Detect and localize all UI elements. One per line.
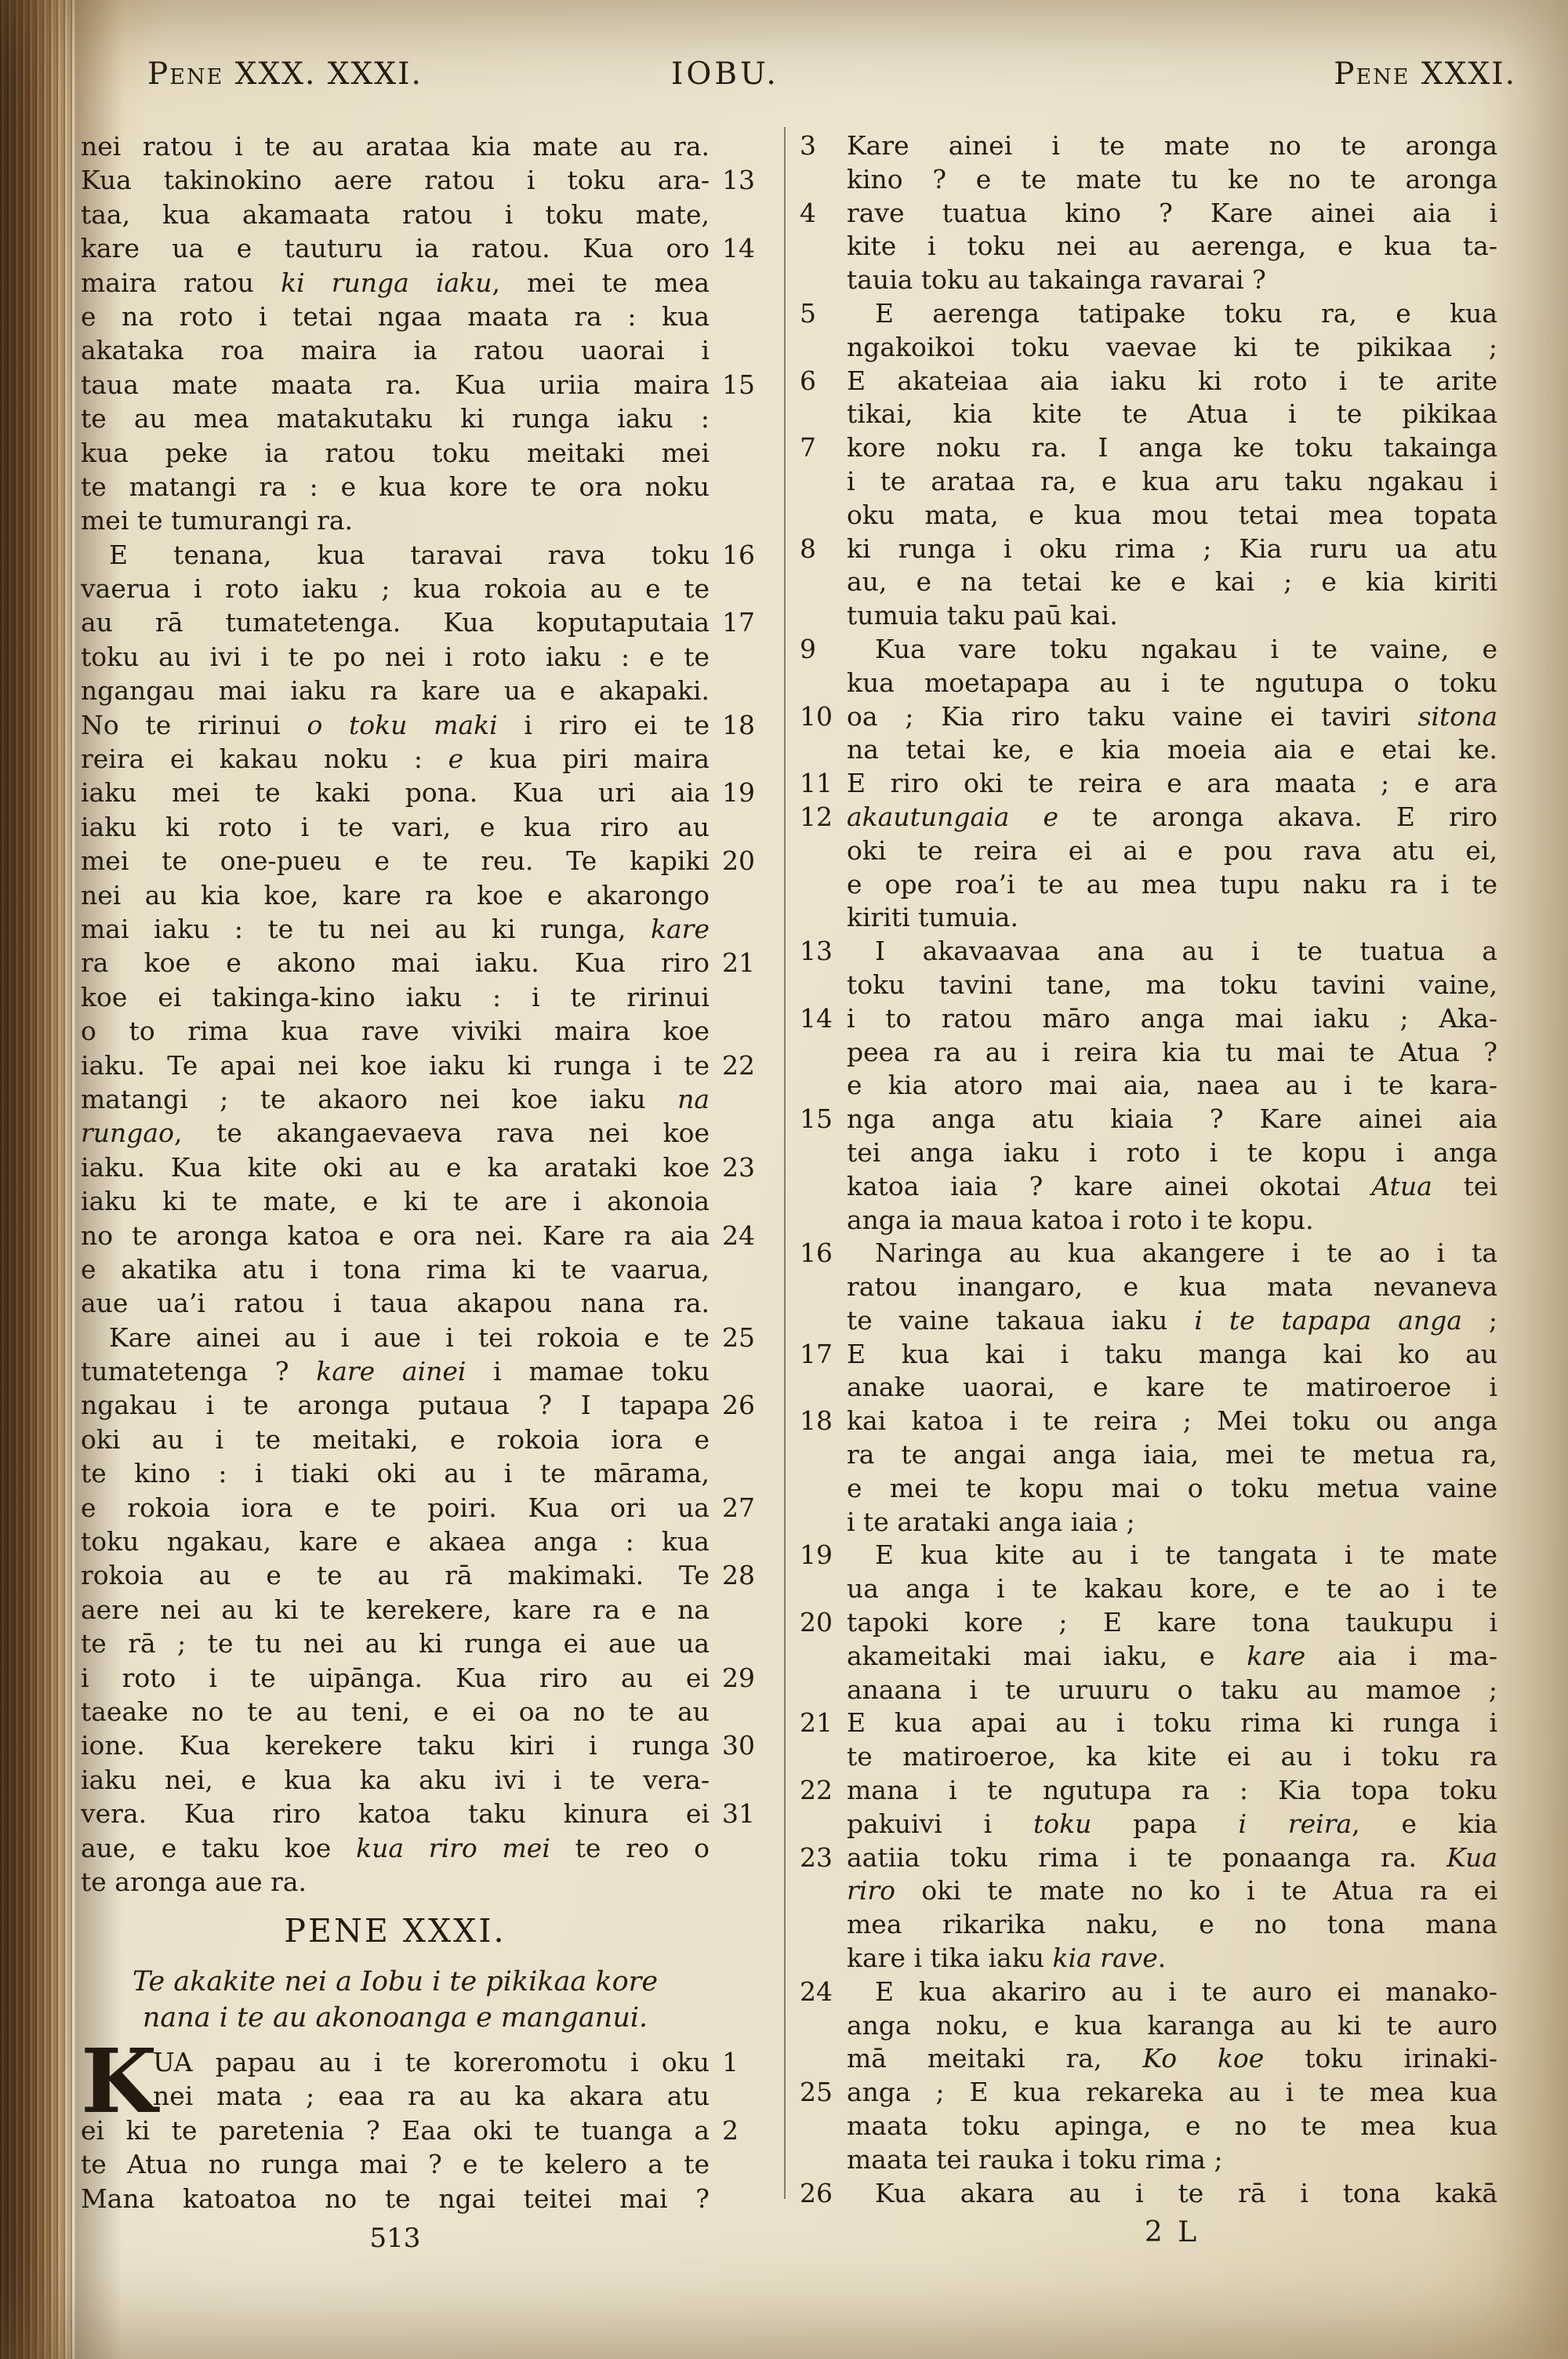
verse-number: 17 [710, 605, 758, 639]
verse-text: Naringa au kua akangere i te ao i ta [847, 1237, 1497, 1270]
text-line: taua mate maata ra. Kua uriia maira15 [81, 368, 758, 402]
verse-text: kua moetapapa au i te ngutupa o toku [847, 667, 1497, 700]
verse-text: e mei te kopu mai o toku metua vaine [847, 1472, 1497, 1506]
verse-number [710, 198, 758, 231]
text-line: vaerua i roto iaku ; kua rokoia au e te [81, 572, 758, 605]
verse-number [798, 264, 847, 297]
verse-number: 22 [798, 1774, 847, 1808]
text-line: e mei te kopu mai o toku metua vaine [798, 1472, 1497, 1506]
text-line: maira ratou ki runga iaku, mei te mea [81, 266, 758, 300]
text-line: UA papau au i te koreromotu i oku1 [81, 2045, 758, 2079]
text-line: 12akautungaia e te aronga akava. E riro [798, 801, 1497, 834]
verse-number: 31 [710, 1797, 758, 1830]
verse-number: 18 [710, 708, 758, 742]
text-line: kiriti tumuia. [798, 901, 1497, 935]
text-line: e na roto i tetai ngaa maata ra : kua [81, 300, 758, 333]
verse-text: oki au i te meitaki, e rokoia iora e [81, 1423, 710, 1456]
drop-cap: K [81, 2048, 157, 2116]
verse-number: 2 [710, 2114, 758, 2147]
verse-text: mai iaku : te tu nei au ki runga, kare [81, 912, 710, 946]
verse-text: e ope roa’i te au mea tupu naku ra i te [847, 868, 1497, 902]
text-line: 3Kare ainei i te mate no te aronga [798, 129, 1497, 163]
verse-text: oki te reira ei ai e pou rava atu ei, [847, 834, 1497, 868]
verse-number [710, 878, 758, 912]
verse-text: iaku. Te apai nei koe iaku ki runga i te [81, 1049, 710, 1082]
text-line: 19E kua kite au i te tangata i te mate [798, 1539, 1497, 1572]
verse-number: 10 [798, 700, 847, 734]
verse-number [798, 1036, 847, 1070]
text-line: nei ratou i te au arataa kia mate au ra. [81, 129, 758, 163]
text-line: 15nga anga atu kiaia ? Kare ainei aia [798, 1103, 1497, 1136]
verse-number [798, 499, 847, 533]
text-line: iaku mei te kaki pona. Kua uri aia19 [81, 776, 758, 809]
verse-text: aere nei au ki te kerekere, kare ra e na [81, 1593, 710, 1627]
verse-text: E kua kai i taku manga kai ko au [847, 1338, 1497, 1372]
verse-text: Kua takinokino aere ratou i toku ara- [81, 163, 710, 197]
text-line: 22mana i te ngutupa ra : Kia topa toku [798, 1774, 1497, 1808]
verse-number [798, 1674, 847, 1707]
chapter-summary-line: nana i te au akonoanga e manganui. [81, 2000, 710, 2036]
verse-number: 24 [798, 1976, 847, 2009]
text-line: tikai, kia kite te Atua i te pikikaa [798, 398, 1497, 431]
verse-number: 24 [710, 1219, 758, 1252]
text-line: 17E kua kai i taku manga kai ko au [798, 1338, 1497, 1372]
verse-text: E kua akariro au i te auro ei manako- [847, 1976, 1497, 2009]
verse-number [798, 1204, 847, 1238]
verse-number [710, 1184, 758, 1218]
verse-text: No te ririnui o toku maki i riro ei te [81, 708, 710, 742]
verse-number: 20 [798, 1606, 847, 1640]
verse-text: taa, kua akamaata ratou i toku mate, [81, 198, 710, 231]
verse-number [798, 2143, 847, 2177]
verse-text: kare i tika iaku kia rave. [847, 1942, 1497, 1976]
text-line: nei au kia koe, kare ra koe e akarongo [81, 878, 758, 912]
text-line: ei ki te paretenia ? Eaa oki te tuanga a… [81, 2114, 758, 2147]
text-line: toku ngakau, kare e akaea anga : kua [81, 1525, 758, 1558]
text-line: Kua takinokino aere ratou i toku ara-13 [81, 163, 758, 197]
verse-text: toku tavini tane, ma toku tavini vaine, [847, 969, 1497, 1002]
text-line: tauia toku au takainga ravarai ? [798, 264, 1497, 297]
verse-text: nei ratou i te au arataa kia mate au ra. [81, 129, 710, 163]
verse-text: ra koe e akono mai iaku. Kua riro [81, 946, 710, 980]
verse-number [798, 1170, 847, 1204]
text-line: oki au i te meitaki, e rokoia iora e [81, 1423, 758, 1456]
verse-text: iaku. Kua kite oki au e ka arataki koe [81, 1150, 710, 1184]
verse-number [798, 667, 847, 700]
verse-text: i te arataa ra, e kua aru taku ngakau i [847, 465, 1497, 499]
verse-number [798, 1572, 847, 1606]
text-line: reira ei kakau noku : e kua piri maira [81, 742, 758, 776]
running-head-right: Pene XXXI. [1334, 56, 1516, 92]
verse-text: aue, e taku koe kua riro mei te reo o [81, 1831, 710, 1865]
verse-text: ngakau i te aronga putaua ? I tapapa [81, 1388, 710, 1422]
text-line: mei te tumurangi ra. [81, 503, 758, 537]
verse-number: 26 [710, 1388, 758, 1422]
text-line: 10oa ; Kia riro taku vaine ei taviri sit… [798, 700, 1497, 734]
verse-text: taua mate maata ra. Kua uriia maira [81, 368, 710, 402]
text-line: na tetai ke, e kia moeia aia e etai ke. [798, 733, 1497, 767]
verse-number [710, 640, 758, 674]
verse-number [710, 1286, 758, 1320]
text-line: oku mata, e kua mou tetai mea topata [798, 499, 1497, 533]
verse-number [710, 1252, 758, 1286]
verse-number: 23 [798, 1841, 847, 1875]
verse-text: akautungaia e te aronga akava. E riro [847, 801, 1497, 834]
verse-number [798, 1908, 847, 1942]
verse-number [798, 1069, 847, 1103]
text-line: oki te reira ei ai e pou rava atu ei, [798, 834, 1497, 868]
text-line: e akatika atu i tona rima ki te vaarua, [81, 1252, 758, 1286]
verse-text: tumuia taku paū kai. [847, 599, 1497, 633]
verse-text: au, e na tetai ke e kai ; e kia kiriti [847, 565, 1497, 599]
verse-number [798, 901, 847, 935]
verse-number [710, 1354, 758, 1388]
verse-text: matangi ; te akaoro nei koe iaku na [81, 1082, 710, 1116]
verse-number: 21 [798, 1707, 847, 1740]
verse-text: taeake no te au teni, e ei oa no te au [81, 1695, 710, 1728]
verse-text: maira ratou ki runga iaku, mei te mea [81, 266, 710, 300]
text-line: e kia atoro mai aia, naea au i te kara- [798, 1069, 1497, 1103]
verse-number: 18 [798, 1405, 847, 1438]
text-line: iaku ki te mate, e ki te are i akonoia [81, 1184, 758, 1218]
verse-number [798, 733, 847, 767]
verse-text: Mana katoatoa no te ngai teitei mai ? [81, 2182, 710, 2215]
verse-text: mea rikarika naku, e no tona mana [847, 1908, 1497, 1942]
verse-text: te rā ; te tu nei au ki runga ei aue ua [81, 1627, 710, 1660]
verse-number [798, 599, 847, 633]
verse-text: no te aronga katoa e ora nei. Kare ra ai… [81, 1219, 710, 1252]
text-line: tei anga iaku i roto i te kopu i anga [798, 1136, 1497, 1170]
chapter-heading: PENE XXXI. [81, 1912, 710, 1950]
verse-number [710, 1082, 758, 1116]
text-line: no te aronga katoa e ora nei. Kare ra ai… [81, 1219, 758, 1252]
verse-number [798, 2110, 847, 2143]
text-line: 8ki runga i oku rima ; Kia ruru ua atu [798, 533, 1497, 566]
verse-text: ei ki te paretenia ? Eaa oki te tuanga a [81, 2114, 710, 2147]
text-line: 24E kua akariro au i te auro ei manako- [798, 1976, 1497, 2009]
verse-number [710, 503, 758, 537]
verse-text: e akatika atu i tona rima ki te vaarua, [81, 1252, 710, 1286]
verse-text: kua peke ia ratou toku meitaki mei [81, 436, 710, 470]
text-line: ione. Kua kerekere taku kiri i runga30 [81, 1728, 758, 1762]
verse-number [710, 1831, 758, 1865]
verse-number [798, 1640, 847, 1674]
text-line: ngakoikoi toku vaevae ki te pikikaa ; [798, 331, 1497, 365]
verse-number: 25 [710, 1321, 758, 1354]
verse-number: 23 [710, 1150, 758, 1184]
column-rule [784, 127, 786, 2199]
text-line: peea ra au i reira kia tu mai te Atua ? [798, 1036, 1497, 1070]
text-line: nei mata ; eaa ra au ka akara atu [81, 2079, 758, 2113]
verse-number [710, 1525, 758, 1558]
verse-text: ki runga i oku rima ; Kia ruru ua atu [847, 533, 1497, 566]
text-line: toku tavini tane, ma toku tavini vaine, [798, 969, 1497, 1002]
verse-number [798, 2009, 847, 2043]
verse-text: na tetai ke, e kia moeia aia e etai ke. [847, 733, 1497, 767]
verse-text: te kino : i tiaki oki au i te mārama, [81, 1456, 710, 1490]
verse-text: rave tuatua kino ? Kare ainei aia i [847, 197, 1497, 231]
text-line: ngakau i te aronga putaua ? I tapapa26 [81, 1388, 758, 1422]
signature-mark: 2 L [847, 2216, 1497, 2248]
text-line: mā meitaki ra, Ko koe toku irinaki- [798, 2042, 1497, 2076]
verse-number: 8 [798, 533, 847, 566]
verse-text: E akateiaa aia iaku ki roto i te arite [847, 365, 1497, 398]
verse-number [798, 465, 847, 499]
text-line: o to rima kua rave viviki maira koe [81, 1014, 758, 1048]
verse-text: reira ei kakau noku : e kua piri maira [81, 742, 710, 776]
text-line: taa, kua akamaata ratou i toku mate, [81, 198, 758, 231]
text-line: 20tapoki kore ; E kare tona taukupu i [798, 1606, 1497, 1640]
verse-text: ra te angai anga iaia, mei te metua ra, [847, 1438, 1497, 1472]
verse-text: kai katoa i te reira ; Mei toku ou anga [847, 1405, 1497, 1438]
verse-number [798, 834, 847, 868]
verse-number: 9 [798, 633, 847, 667]
text-line: riro oki te mate no ko i te Atua ra ei [798, 1874, 1497, 1908]
text-line: au rā tumatetenga. Kua koputaputaia17 [81, 605, 758, 639]
verse-text: toku ngakau, kare e akaea anga : kua [81, 1525, 710, 1558]
verse-text: te matangi ra : e kua kore te ora noku [81, 470, 710, 503]
text-line: akameitaki mai iaku, e kare aia i ma- [798, 1640, 1497, 1674]
verse-text: i to ratou māro anga mai iaku ; Aka- [847, 1002, 1497, 1036]
left-column-chapter31: K UA papau au i te koreromotu i oku1nei … [81, 2045, 758, 2215]
verse-number [710, 674, 758, 707]
verse-number [710, 572, 758, 605]
text-line: 4rave tuatua kino ? Kare ainei aia i [798, 197, 1497, 231]
text-line: te rā ; te tu nei au ki runga ei aue ua [81, 1627, 758, 1660]
text-line: kare ua e tauturu ia ratou. Kua oro14 [81, 231, 758, 265]
text-line: akataka roa maira ia ratou uaorai i [81, 333, 758, 367]
text-line: Mana katoatoa no te ngai teitei mai ? [81, 2182, 758, 2215]
verse-text: UA papau au i te koreromotu i oku [81, 2045, 710, 2079]
verse-text: te Atua no runga mai ? e te kelero a te [81, 2147, 710, 2181]
text-line: 23aatiia toku rima i te ponaanga ra. Kua [798, 1841, 1497, 1875]
verse-number: 3 [798, 129, 847, 163]
verse-text: rungao, te akangaevaeva rava nei koe [81, 1116, 710, 1150]
verse-number: 14 [710, 231, 758, 265]
text-line: 11E riro oki te reira e ara maata ; e ar… [798, 767, 1497, 801]
verse-text: riro oki te mate no ko i te Atua ra ei [847, 1874, 1497, 1908]
verse-text: e kia atoro mai aia, naea au i te kara- [847, 1069, 1497, 1103]
text-line: iaku. Kua kite oki au e ka arataki koe23 [81, 1150, 758, 1184]
verse-number: 27 [710, 1491, 758, 1525]
verse-number: 4 [798, 197, 847, 231]
verse-text: tikai, kia kite te Atua i te pikikaa [847, 398, 1497, 431]
verse-text: aatiia toku rima i te ponaanga ra. Kua [847, 1841, 1497, 1875]
verse-text: ratou inangaro, e kua mata nevaneva [847, 1270, 1497, 1304]
verse-text: oku mata, e kua mou tetai mea topata [847, 499, 1497, 533]
verse-text: mei te tumurangi ra. [81, 503, 710, 537]
verse-text: Kua vare toku ngakau i te vaine, e [847, 633, 1497, 667]
text-line: matangi ; te akaoro nei koe iaku na [81, 1082, 758, 1116]
text-line: 26Kua akara au i te rā i tona kakā [798, 2177, 1497, 2211]
text-line: mai iaku : te tu nei au ki runga, kare [81, 912, 758, 946]
verse-text: au rā tumatetenga. Kua koputaputaia [81, 605, 710, 639]
text-line: koe ei takinga-kino iaku : i te ririnui [81, 980, 758, 1014]
text-line: No te ririnui o toku maki i riro ei te18 [81, 708, 758, 742]
verse-text: tapoki kore ; E kare tona taukupu i [847, 1606, 1497, 1640]
verse-text: mei te one-pueu e te reu. Te kapiki [81, 844, 710, 878]
verse-number [798, 1304, 847, 1338]
text-line: mei te one-pueu e te reu. Te kapiki20 [81, 844, 758, 878]
text-line: tumuia taku paū kai. [798, 599, 1497, 633]
verse-number [710, 1627, 758, 1660]
text-line: kino ? e te mate tu ke no te aronga [798, 163, 1497, 197]
text-line: te matangi ra : e kua kore te ora noku [81, 470, 758, 503]
verse-text: kore noku ra. I anga ke toku takainga [847, 431, 1497, 465]
text-line: 9Kua vare toku ngakau i te vaine, e [798, 633, 1497, 667]
verse-text: i te arataki anga iaia ; [847, 1506, 1497, 1539]
text-line: aere nei au ki te kerekere, kare ra e na [81, 1593, 758, 1627]
verse-number: 11 [798, 767, 847, 801]
verse-text: rokoia au e te au rā makimaki. Te [81, 1558, 710, 1592]
verse-number [710, 1423, 758, 1456]
text-line: e ope roa’i te au mea tupu naku ra i te [798, 868, 1497, 902]
verse-number [710, 266, 758, 300]
text-line: kua moetapapa au i te ngutupa o toku [798, 667, 1497, 700]
verse-number [798, 1472, 847, 1506]
verse-text: peea ra au i reira kia tu mai te Atua ? [847, 1036, 1497, 1070]
text-line: ra koe e akono mai iaku. Kua riro21 [81, 946, 758, 980]
verse-number: 12 [798, 801, 847, 834]
verse-number [710, 470, 758, 503]
verse-text: E aerenga tatipake toku ra, e kua [847, 297, 1497, 331]
verse-text: katoa iaia ? kare ainei okotai Atua tei [847, 1170, 1497, 1204]
verse-number [710, 2079, 758, 2113]
text-line: rokoia au e te au rā makimaki. Te28 [81, 1558, 758, 1592]
verse-text: kino ? e te mate tu ke no te aronga [847, 163, 1497, 197]
verse-text: ngakoikoi toku vaevae ki te pikikaa ; [847, 331, 1497, 365]
verse-number: 16 [798, 1237, 847, 1270]
left-column-chapter30: nei ratou i te au arataa kia mate au ra.… [81, 129, 758, 1899]
verse-number [710, 1695, 758, 1728]
verse-number: 28 [710, 1558, 758, 1592]
text-line: iaku nei, e kua ka aku ivi i te vera- [81, 1763, 758, 1797]
verse-number: 20 [710, 844, 758, 878]
running-head-title: IOBU. [671, 56, 779, 92]
text-line: aue ua’i ratou i taua akapou nana ra. [81, 1286, 758, 1320]
verse-number [798, 331, 847, 365]
text-line: e rokoia iora e te poiri. Kua ori ua27 [81, 1491, 758, 1525]
verse-text: anaana i te uruuru o taku au mamoe ; [847, 1674, 1497, 1707]
text-line: 25anga ; E kua rekareka au i te mea kua [798, 2076, 1497, 2110]
text-line: anaana i te uruuru o taku au mamoe ; [798, 1674, 1497, 1707]
verse-number [798, 1808, 847, 1841]
text-line: kua peke ia ratou toku meitaki mei [81, 436, 758, 470]
verse-number [798, 868, 847, 902]
verse-text: ua anga i te kakau kore, e te ao i te [847, 1572, 1497, 1606]
text-line: taeake no te au teni, e ei oa no te au [81, 1695, 758, 1728]
text-line: vera. Kua riro katoa taku kinura ei31 [81, 1797, 758, 1830]
verse-text: anga ; E kua rekareka au i te mea kua [847, 2076, 1497, 2110]
verse-number [798, 230, 847, 264]
verse-text: o to rima kua rave viviki maira koe [81, 1014, 710, 1048]
text-line: i te arataa ra, e kua aru taku ngakau i [798, 465, 1497, 499]
text-line: i te arataki anga iaia ; [798, 1506, 1497, 1539]
text-line: ua anga i te kakau kore, e te ao i te [798, 1572, 1497, 1606]
verse-text: e na roto i tetai ngaa maata ra : kua [81, 300, 710, 333]
verse-number [710, 742, 758, 776]
verse-number [710, 333, 758, 367]
text-line: rungao, te akangaevaeva rava nei koe [81, 1116, 758, 1150]
verse-number [710, 1865, 758, 1899]
verse-text: kare ua e tauturu ia ratou. Kua oro [81, 231, 710, 265]
verse-text: toku au ivi i te po nei i roto iaku : e … [81, 640, 710, 674]
verse-text: E tenana, kua taravai rava toku [81, 538, 710, 572]
verse-text: vera. Kua riro katoa taku kinura ei [81, 1797, 710, 1830]
text-line: 13I akavaavaa ana au i te tuatua a [798, 935, 1497, 969]
verse-text: I akavaavaa ana au i te tuatua a [847, 935, 1497, 969]
verse-number [798, 565, 847, 599]
page-number: 513 [81, 2223, 710, 2254]
book-binding-gutter [0, 0, 75, 2359]
verse-number [710, 980, 758, 1014]
verse-text: anga noku, e kua karanga au ki te auro [847, 2009, 1497, 2043]
verse-number [710, 402, 758, 435]
verse-number: 1 [710, 2045, 758, 2079]
text-line: au, e na tetai ke e kai ; e kia kiriti [798, 565, 1497, 599]
verse-number [710, 300, 758, 333]
text-line: tumatetenga ? kare ainei i mamae toku [81, 1354, 758, 1388]
verse-number [798, 1506, 847, 1539]
verse-text: iaku ki roto i te vari, e kua riro au [81, 810, 710, 844]
verse-number [710, 1014, 758, 1048]
verse-text: te au mea matakutaku ki runga iaku : [81, 402, 710, 435]
text-line: 21E kua apai au i toku rima ki runga i [798, 1707, 1497, 1740]
verse-number [710, 436, 758, 470]
verse-number: 7 [798, 431, 847, 465]
text-line: mea rikarika naku, e no tona mana [798, 1908, 1497, 1942]
verse-number: 13 [798, 935, 847, 969]
verse-number: 17 [798, 1338, 847, 1372]
verse-text: iaku ki te mate, e ki te are i akonoia [81, 1184, 710, 1218]
verse-number [710, 1456, 758, 1490]
verse-number: 30 [710, 1728, 758, 1762]
verse-text: pakuivi i toku papa i reira, e kia [847, 1808, 1497, 1841]
verse-number [710, 810, 758, 844]
verse-text: maata toku apinga, e no te mea kua [847, 2110, 1497, 2143]
verse-number [710, 1593, 758, 1627]
verse-number [710, 1116, 758, 1150]
text-line: 5E aerenga tatipake toku ra, e kua [798, 297, 1497, 331]
right-column-chapter31: 3Kare ainei i te mate no te arongakino ?… [798, 129, 1497, 2210]
scanned-book-page: { "page": { "header": { "left": "Pene XX… [0, 0, 1568, 2359]
verse-text: tumatetenga ? kare ainei i mamae toku [81, 1354, 710, 1388]
verse-number [798, 163, 847, 197]
verse-number [798, 398, 847, 431]
verse-number: 25 [798, 2076, 847, 2110]
verse-text: oa ; Kia riro taku vaine ei taviri siton… [847, 700, 1497, 734]
text-line: maata toku apinga, e no te mea kua [798, 2110, 1497, 2143]
text-line: E tenana, kua taravai rava toku16 [81, 538, 758, 572]
text-line: pakuivi i toku papa i reira, e kia [798, 1808, 1497, 1841]
text-line: 7kore noku ra. I anga ke toku takainga [798, 431, 1497, 465]
text-line: 16Naringa au kua akangere i te ao i ta [798, 1237, 1497, 1270]
text-line: ngangau mai iaku ra kare ua e akapaki. [81, 674, 758, 707]
text-line: te aronga aue ra. [81, 1865, 758, 1899]
verse-text: E kua kite au i te tangata i te mate [847, 1539, 1497, 1572]
text-line: te Atua no runga mai ? e te kelero a te [81, 2147, 758, 2181]
text-line: 18kai katoa i te reira ; Mei toku ou ang… [798, 1405, 1497, 1438]
verse-number: 21 [710, 946, 758, 980]
verse-number: 19 [710, 776, 758, 809]
text-line: anga noku, e kua karanga au ki te auro [798, 2009, 1497, 2043]
verse-text: akameitaki mai iaku, e kare aia i ma- [847, 1640, 1497, 1674]
verse-text: iaku nei, e kua ka aku ivi i te vera- [81, 1763, 710, 1797]
verse-number: 19 [798, 1539, 847, 1572]
verse-number: 6 [798, 365, 847, 398]
verse-text: te vaine takaua iaku i te tapapa anga ; [847, 1304, 1497, 1338]
verse-number [710, 912, 758, 946]
